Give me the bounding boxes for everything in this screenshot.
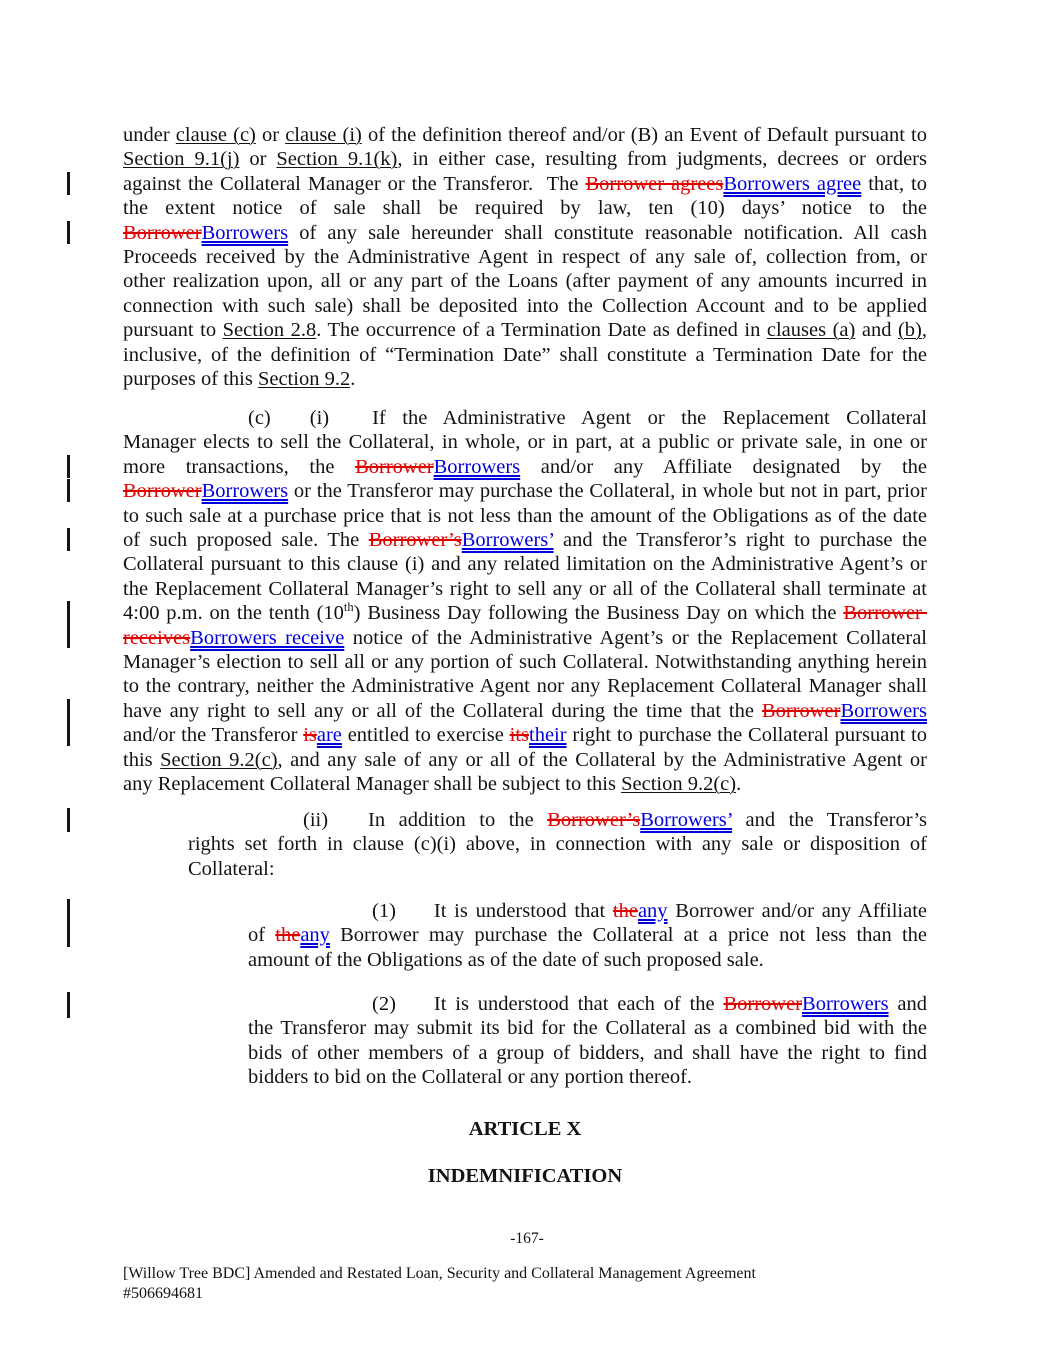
revision-change-bar <box>67 899 70 947</box>
text-line: Manager’s election to sell all or any po… <box>123 650 927 674</box>
body-text: against the Collateral Manager or the Tr… <box>123 173 586 195</box>
body-text: connection with such sale) shall be depo… <box>123 295 927 317</box>
body-text: rights set forth in clause (c)(i) above,… <box>188 833 927 855</box>
text-line: bids of other members of a group of bidd… <box>248 1041 927 1065</box>
body-text: (2) <box>372 993 396 1015</box>
text-line: (c)(i)If the Administrative Agent or the… <box>123 406 927 430</box>
body-text: of any sale hereunder shall constitute r… <box>288 222 927 244</box>
body-text: or the Transferor may purchase the Colla… <box>288 480 927 502</box>
body-text: and/or the Transferor <box>123 724 303 746</box>
text-line: this Section 9.2(c), and any sale of any… <box>123 748 927 772</box>
body-text: It is understood that <box>434 900 613 922</box>
revision-change-bar <box>67 992 70 1018</box>
text-line: Collateral: <box>188 857 927 881</box>
body-text: . <box>736 773 741 795</box>
inserted-text: their <box>529 724 567 746</box>
inserted-text: Borrowers agree <box>723 173 861 195</box>
body-text: the extent notice of sale shall be requi… <box>123 197 927 219</box>
body-text: 4:00 p.m. on the tenth (10 <box>123 602 344 624</box>
deleted-text: receives <box>123 627 190 649</box>
text-line: the Transferor may submit its bid for th… <box>248 1016 927 1040</box>
inserted-text: any <box>638 900 668 922</box>
text-line: Manager elects to sell the Collateral, i… <box>123 430 927 454</box>
body-text: , in either case, resulting from judgmen… <box>397 148 927 170</box>
deleted-text: Borrower <box>762 700 841 722</box>
underlined-reference: Section 9.1(j) <box>123 148 239 170</box>
paragraph-clause-c-ii-1: (1)It is understood that theany Borrower… <box>248 899 927 972</box>
text-line: Proceeds received by the Administrative … <box>123 245 927 269</box>
inserted-text: Borrowers’ <box>462 529 554 551</box>
body-text: If the Administrative Agent or the Repla… <box>372 407 927 429</box>
body-text: It is understood that each of the <box>434 993 724 1015</box>
text-line: (2)It is understood that each of the Bor… <box>248 992 927 1016</box>
text-line: purposes of this Section 9.2. <box>123 367 927 391</box>
underlined-reference: Section 9.2 <box>258 368 350 390</box>
body-text: entitled to exercise <box>342 724 510 746</box>
body-text: (1) <box>372 900 396 922</box>
revision-change-bar <box>67 528 70 551</box>
body-text: that, to <box>861 173 927 195</box>
body-text: (ii) <box>303 809 328 831</box>
revision-change-bar <box>67 808 70 832</box>
underlined-reference: Section 9.2(c) <box>621 773 736 795</box>
body-text: of <box>248 924 275 946</box>
body-text: purposes of this <box>123 368 258 390</box>
body-text: right to purchase the Collateral pursuan… <box>567 724 927 746</box>
article-title-heading: INDEMNIFICATION <box>123 1164 927 1188</box>
inserted-text: Borrowers’ <box>640 809 732 831</box>
deleted-text: Borrower <box>355 456 434 478</box>
deleted-text: is <box>303 724 317 746</box>
body-text: and <box>889 993 927 1015</box>
body-text: amount of the Obligations as of the date… <box>248 949 764 971</box>
paragraph-clause-c-ii-2: (2)It is understood that each of the Bor… <box>248 992 927 1090</box>
body-text: to the contrary, neither the Administrat… <box>123 675 927 697</box>
footer-document-title: [Willow Tree BDC] Amended and Restated L… <box>123 1264 883 1284</box>
revision-change-bar <box>67 172 70 195</box>
body-text: (i) <box>310 407 329 429</box>
underlined-reference: clause (c) <box>176 124 256 146</box>
body-text: and <box>855 319 898 341</box>
body-text: and/or any Affiliate designated by the <box>520 456 927 478</box>
inserted-text: any <box>300 924 330 946</box>
text-line: amount of the Obligations as of the date… <box>248 948 927 972</box>
body-text: this <box>123 749 160 771</box>
paragraph-section-9-2-continuation: under clause (c) or clause (i) of the de… <box>123 123 927 391</box>
body-text: inclusive, of the definition of “Termina… <box>123 344 927 366</box>
text-line: BorrowerBorrowers or the Transferor may … <box>123 479 927 503</box>
underlined-reference: Section 9.1(k) <box>276 148 397 170</box>
deleted-text: the <box>613 900 638 922</box>
text-line: the extent notice of sale shall be requi… <box>123 196 927 220</box>
text-line: the Replacement Collateral Manager’s rig… <box>123 577 927 601</box>
text-line: any Replacement Collateral Manager shall… <box>123 772 927 796</box>
text-line: to the contrary, neither the Administrat… <box>123 674 927 698</box>
text-line: bidders to bid on the Collateral or any … <box>248 1065 927 1089</box>
deleted-text: Borrower’s <box>369 529 462 551</box>
revision-change-bar <box>67 601 70 648</box>
body-text: and the Transferor’s right to purchase t… <box>554 529 927 551</box>
text-line: rights set forth in clause (c)(i) above,… <box>188 832 927 856</box>
footer-document-id: #506694681 <box>123 1284 883 1304</box>
document-page: under clause (c) or clause (i) of the de… <box>0 0 1055 1365</box>
text-line: (1)It is understood that theany Borrower… <box>248 899 927 923</box>
text-line: Collateral pursuant to this clause (i) a… <box>123 552 927 576</box>
body-text: more transactions, the <box>123 456 355 478</box>
text-line: (ii)In addition to the Borrower’sBorrowe… <box>188 808 927 832</box>
text-line: other realization upon, all or any part … <box>123 269 927 293</box>
body-text: Borrower may purchase the Collateral at … <box>330 924 927 946</box>
revision-change-bar <box>67 455 70 478</box>
body-text: to such sale at a purchase price that is… <box>123 505 927 527</box>
body-text: or <box>239 148 276 170</box>
underlined-reference: Section 2.8 <box>223 319 317 341</box>
text-line: more transactions, the BorrowerBorrowers… <box>123 455 927 479</box>
deleted-text: the <box>275 924 300 946</box>
underlined-reference: Section 9.2(c) <box>160 749 277 771</box>
text-line: 4:00 p.m. on the tenth (10th) Business D… <box>123 601 927 625</box>
body-text: bidders to bid on the Collateral or any … <box>248 1066 692 1088</box>
inserted-text: Borrowers <box>434 456 521 478</box>
inserted-text: Borrowers receive <box>190 627 344 649</box>
body-text: and the Transferor’s <box>732 809 927 831</box>
text-line: connection with such sale) shall be depo… <box>123 294 927 318</box>
inserted-text: Borrowers <box>202 222 289 244</box>
deleted-text: Borrower <box>723 993 802 1015</box>
deleted-text: Borrower <box>123 480 202 502</box>
deleted-text: Borrower’s <box>547 809 640 831</box>
text-line: have any right to sell any or all of the… <box>123 699 927 723</box>
body-text: Manager elects to sell the Collateral, i… <box>123 431 927 453</box>
text-line: against the Collateral Manager or the Tr… <box>123 172 927 196</box>
inserted-text: Borrowers <box>840 700 927 722</box>
body-text: of the definition thereof and/or (B) an … <box>362 124 927 146</box>
inserted-text: are <box>317 724 342 746</box>
text-line: Section 9.1(j) or Section 9.1(k), in eit… <box>123 147 927 171</box>
revision-change-bar <box>67 479 70 502</box>
text-line: under clause (c) or clause (i) of the de… <box>123 123 927 147</box>
text-line: pursuant to Section 2.8. The occurrence … <box>123 318 927 342</box>
underlined-reference: clause (i) <box>285 124 362 146</box>
deleted-text: Borrower <box>123 222 202 244</box>
text-line: to such sale at a purchase price that is… <box>123 504 927 528</box>
superscript-text: th <box>344 600 354 614</box>
text-line: inclusive, of the definition of “Termina… <box>123 343 927 367</box>
text-line: and/or the Transferor isare entitled to … <box>123 723 927 747</box>
underlined-reference: clauses (a) <box>767 319 855 341</box>
inserted-text: Borrowers <box>802 993 889 1015</box>
text-line: of such proposed sale. The Borrower’sBor… <box>123 528 927 552</box>
deleted-text: its <box>510 724 529 746</box>
body-text: under <box>123 124 176 146</box>
body-text: Collateral: <box>188 858 275 880</box>
body-text: Manager’s election to sell all or any po… <box>123 651 927 673</box>
body-text: pursuant to <box>123 319 223 341</box>
deleted-text: Borrower agrees <box>586 173 724 195</box>
body-text: or <box>256 124 285 146</box>
body-text: . <box>350 368 355 390</box>
body-text: , <box>922 319 927 341</box>
paragraph-clause-c-ii: (ii)In addition to the Borrower’sBorrowe… <box>188 808 927 881</box>
body-text: of such proposed sale. The <box>123 529 369 551</box>
body-text: ) Business Day following the Business Da… <box>354 602 844 624</box>
article-heading: ARTICLE X <box>123 1117 927 1141</box>
revision-change-bar <box>67 699 70 746</box>
body-text: , and any sale of any or all of the Coll… <box>278 749 927 771</box>
revision-change-bar <box>67 221 70 244</box>
body-text: In addition to the <box>368 809 547 831</box>
body-text: notice of the Administrative Agent’s or … <box>344 627 927 649</box>
body-text: . The occurrence of a Termination Date a… <box>316 319 767 341</box>
body-text: the Transferor may submit its bid for th… <box>248 1017 927 1039</box>
paragraph-clause-c-i: (c)(i)If the Administrative Agent or the… <box>123 406 927 797</box>
body-text: the Replacement Collateral Manager’s rig… <box>123 578 927 600</box>
body-text: (c) <box>248 407 271 429</box>
deleted-text: Borrower <box>843 602 927 624</box>
body-text: other realization upon, all or any part … <box>123 270 927 292</box>
underlined-reference: (b) <box>898 319 922 341</box>
text-line: BorrowerBorrowers of any sale hereunder … <box>123 221 927 245</box>
page-number: -167- <box>123 1230 931 1248</box>
text-line: receivesBorrowers receive notice of the … <box>123 626 927 650</box>
body-text: Borrower and/or any Affiliate <box>668 900 927 922</box>
body-text: any Replacement Collateral Manager shall… <box>123 773 621 795</box>
text-line: of theany Borrower may purchase the Coll… <box>248 923 927 947</box>
body-text: Collateral pursuant to this clause (i) a… <box>123 553 927 575</box>
inserted-text: Borrowers <box>202 480 289 502</box>
body-text: Proceeds received by the Administrative … <box>123 246 927 268</box>
body-text: have any right to sell any or all of the… <box>123 700 762 722</box>
document-footer: [Willow Tree BDC] Amended and Restated L… <box>123 1264 883 1303</box>
body-text: bids of other members of a group of bidd… <box>248 1042 927 1064</box>
